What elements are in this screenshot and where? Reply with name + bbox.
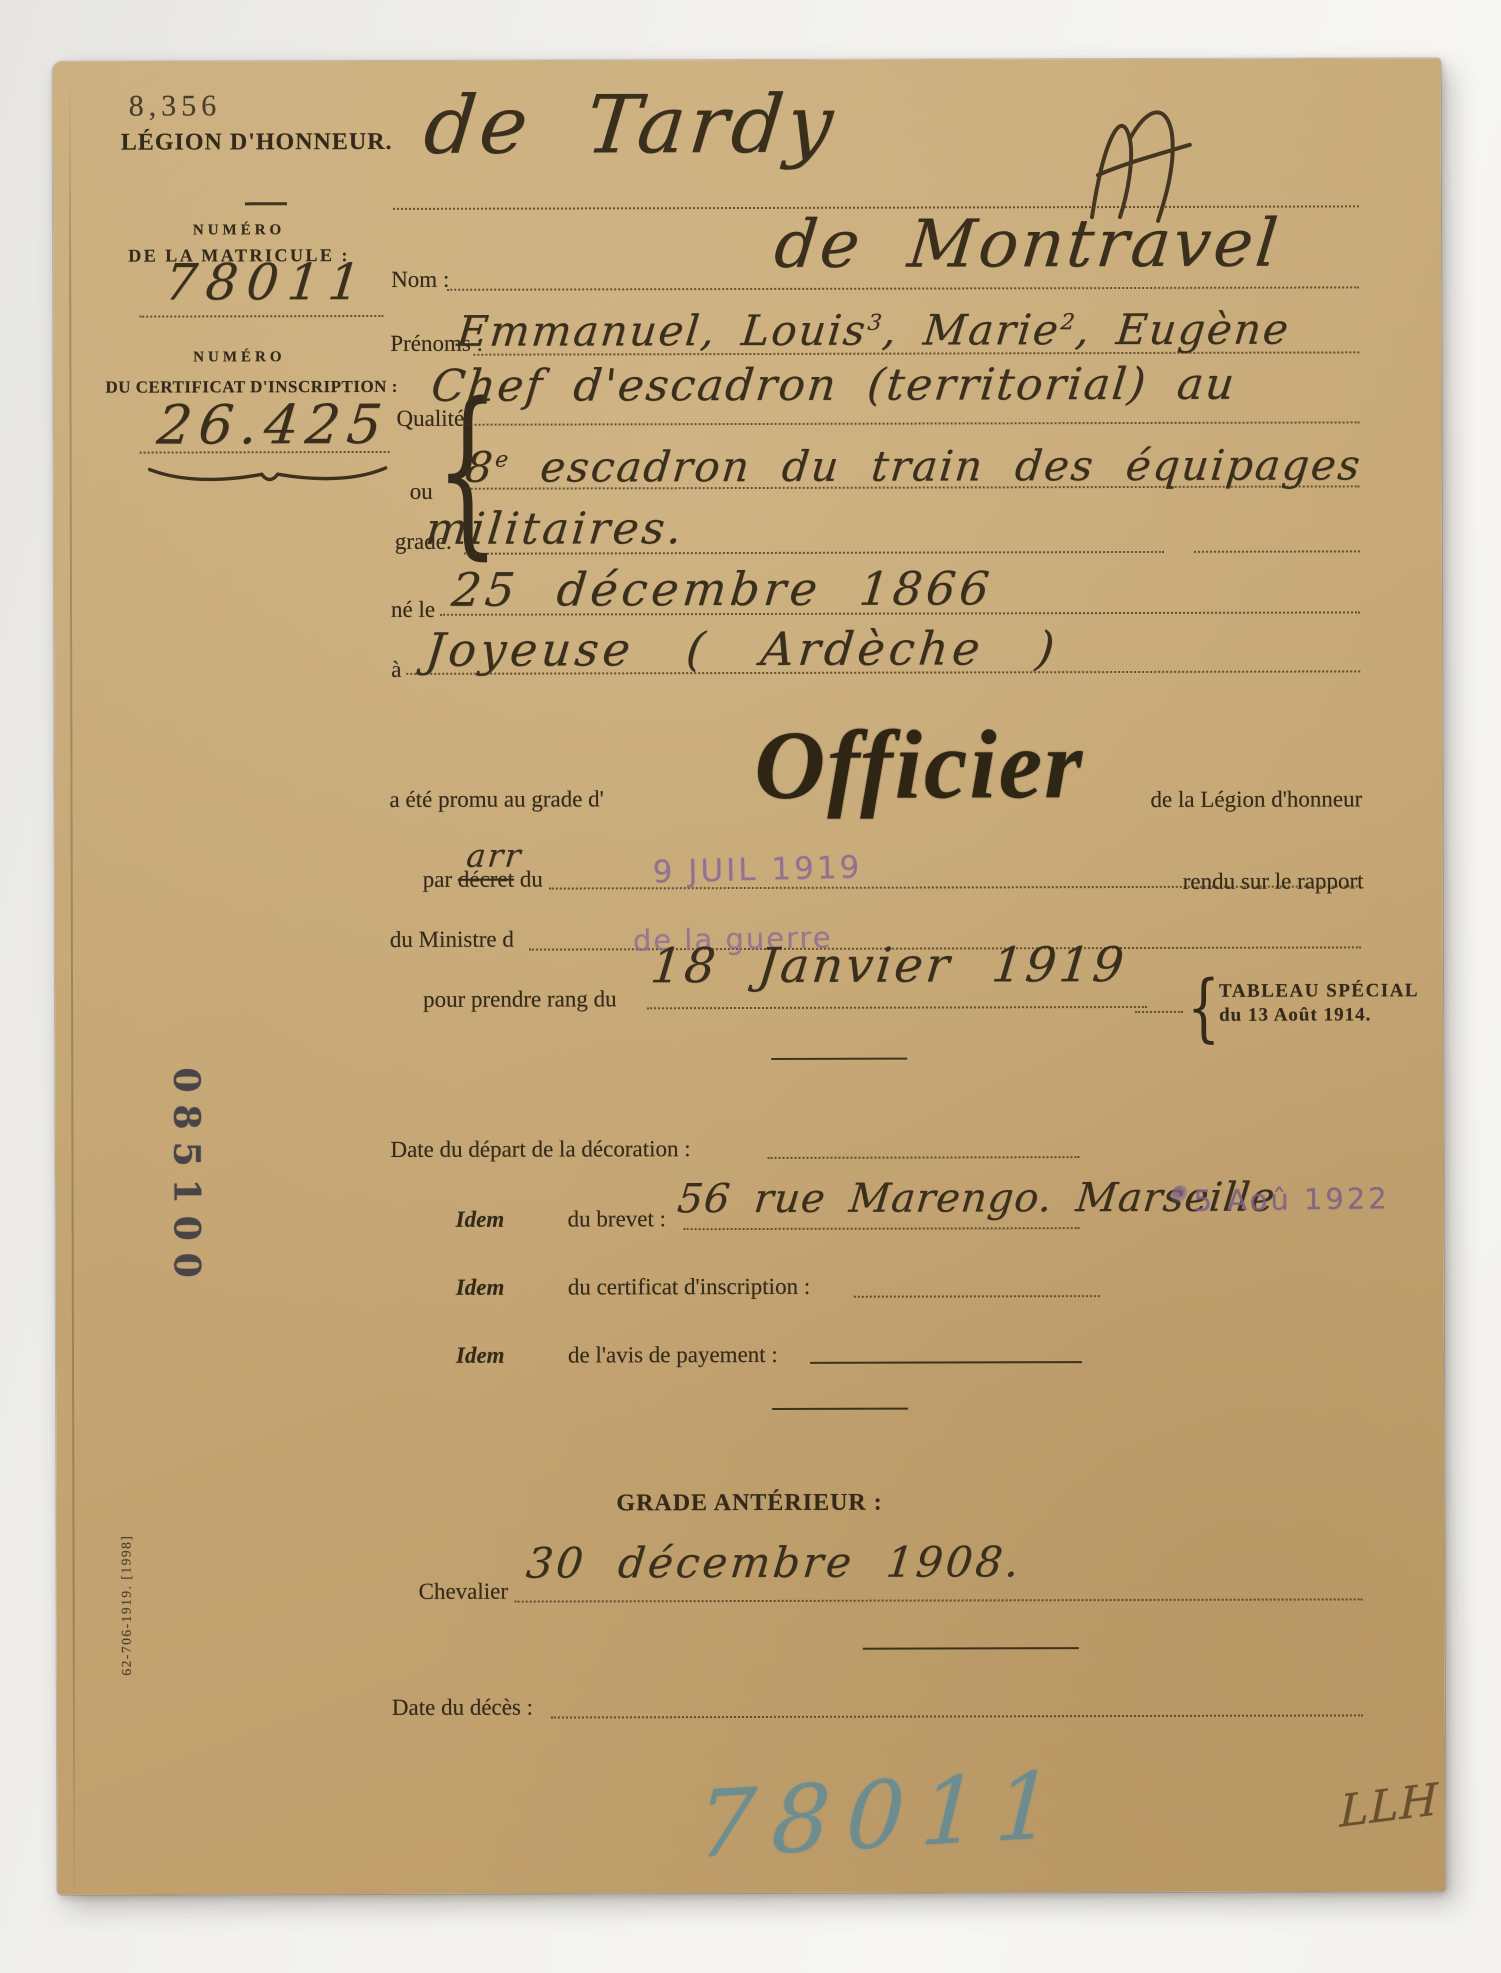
decret-pre: par bbox=[423, 867, 458, 892]
decret-date-stamp: 9 JUIL 1919 bbox=[652, 850, 862, 891]
card-title: LÉGION D'HONNEUR. bbox=[121, 129, 357, 157]
brevet-label: du brevet : bbox=[568, 1206, 666, 1232]
nom-label: Nom : bbox=[391, 267, 449, 293]
brevet-rule bbox=[684, 1227, 1080, 1230]
title-rule bbox=[245, 202, 287, 205]
ministre-label: du Ministre d bbox=[390, 927, 514, 953]
folio-number: 8,356 bbox=[129, 89, 222, 123]
grade-anterieur-title: GRADE ANTÉRIEUR : bbox=[616, 1490, 882, 1518]
depart-decoration-label: Date du départ de la décoration : bbox=[390, 1136, 690, 1163]
deces-rule bbox=[551, 1714, 1363, 1718]
legion-label: de la Légion d'honneur bbox=[1151, 786, 1363, 813]
decret-struck: décret bbox=[458, 867, 514, 892]
prenoms-value: Emmanuel, Louis3, Marie2, Eugène bbox=[455, 305, 1293, 356]
scan-background: 8,356 LÉGION D'HONNEUR. NUMÉRO DE LA MAT… bbox=[0, 0, 1501, 1973]
rapport-label: rendu sur le rapport bbox=[1183, 868, 1364, 894]
legion-honneur-record-card: 8,356 LÉGION D'HONNEUR. NUMÉRO DE LA MAT… bbox=[53, 58, 1446, 1895]
rang-date-value: 18 Janvier 1919 bbox=[648, 937, 1129, 994]
underline-swash bbox=[146, 463, 390, 488]
ou-label: ou bbox=[410, 479, 433, 505]
qualite-line-3: militaires. bbox=[423, 503, 687, 555]
tableau-brace: { bbox=[1187, 971, 1220, 1045]
qualite-line-1: Chef d'escadron (territorial) au bbox=[429, 359, 1239, 412]
idem-label-2: Idem bbox=[456, 1275, 505, 1301]
avis-payement-label: de l'avis de payement : bbox=[568, 1342, 778, 1369]
avis-payement-rule bbox=[810, 1361, 1082, 1364]
certificat-inscription-rule bbox=[854, 1295, 1100, 1298]
printer-imprint-vertical: 62-706-1919. [1998] bbox=[118, 1535, 134, 1676]
prenoms-part-3: , Eugène bbox=[1073, 305, 1292, 355]
section-rule-3 bbox=[863, 1647, 1079, 1650]
name-line-2: de Montravel bbox=[771, 205, 1284, 283]
promu-label: a été promu au grade d' bbox=[390, 786, 604, 813]
rang-rule-right bbox=[1135, 1011, 1183, 1013]
name-line-1: de Tardy bbox=[420, 78, 841, 172]
qualite-line-2-pre: 8 bbox=[463, 443, 497, 492]
decret-label: par décret du bbox=[423, 867, 543, 893]
blue-pencil-number: 78011 bbox=[695, 1751, 1072, 1879]
tableau-line-1: TABLEAU SPÉCIAL bbox=[1219, 980, 1419, 1003]
matricule-value: 78011 bbox=[162, 253, 372, 312]
chevalier-date-value: 30 décembre 1908. bbox=[524, 1537, 1024, 1587]
prenoms-part-1: Emmanuel, Louis bbox=[455, 306, 870, 356]
a-label: à bbox=[391, 657, 401, 683]
prenoms-part-2: , Marie bbox=[880, 305, 1062, 354]
rang-rule bbox=[647, 1006, 1147, 1009]
chevalier-label: Chevalier bbox=[419, 1579, 508, 1605]
section-rule-1 bbox=[771, 1058, 907, 1060]
nom-rule bbox=[447, 286, 1359, 290]
qualite-rule-3b bbox=[1194, 550, 1360, 552]
depart-decoration-rule bbox=[767, 1156, 1079, 1159]
qualite-line-2: 8e escadron du train des équipages bbox=[463, 440, 1364, 491]
ne-le-label: né le bbox=[391, 597, 435, 623]
brevet-date-stamp: 5 Aoû 1922 bbox=[1193, 1181, 1390, 1218]
grade-title: Officier bbox=[754, 709, 1084, 822]
numero-label-1: NUMÉRO bbox=[121, 222, 357, 240]
deces-label: Date du décès : bbox=[392, 1695, 533, 1721]
rang-label: pour prendre rang du bbox=[423, 986, 617, 1013]
idem-label-3: Idem bbox=[456, 1343, 505, 1369]
qualite-line-2-post: escadron du train des équipages bbox=[507, 440, 1364, 491]
brevet-value: 56 rue Marengo. Marseille bbox=[675, 1175, 1278, 1223]
corner-initials: LLH bbox=[1339, 1774, 1439, 1838]
matricule-line bbox=[139, 315, 383, 318]
qualite-rule-3 bbox=[464, 551, 1164, 555]
birth-place-value: Joyeuse ( Ardèche ) bbox=[423, 621, 1061, 677]
qualite-rule-1 bbox=[464, 421, 1360, 425]
section-rule-2 bbox=[772, 1408, 908, 1410]
chevalier-rule bbox=[515, 1598, 1363, 1602]
tableau-line-2: du 13 Août 1914. bbox=[1219, 1004, 1371, 1026]
decret-post: du bbox=[514, 867, 543, 892]
idem-label-1: Idem bbox=[456, 1207, 505, 1233]
registry-stamp-vertical: 085100 bbox=[165, 1067, 208, 1289]
certificat-inscription-label: du certificat d'inscription : bbox=[568, 1274, 810, 1301]
certificat-value: 26.425 bbox=[154, 393, 391, 457]
birth-date-value: 25 décembre 1866 bbox=[449, 561, 995, 616]
numero-label-2: NUMÉRO bbox=[121, 349, 357, 367]
